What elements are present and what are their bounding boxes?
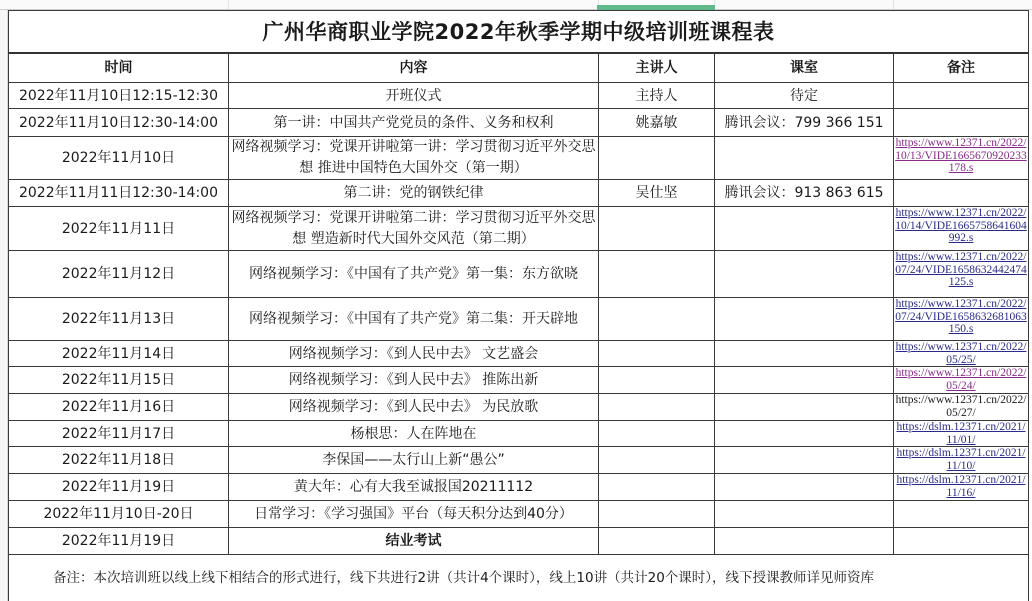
page-title: 广州华商职业学院2022年秋季学期中级培训班课程表 — [9, 11, 1029, 54]
table-row: 2022年11月11日 网络视频学习：党课开讲啦第二讲：学习贯彻习近平外交思想 … — [9, 207, 1029, 251]
content-cell[interactable]: 网络视频学习：《中国有了共产党》第二集：开天辟地 — [229, 298, 599, 341]
column-header-content[interactable]: 内容 — [229, 53, 599, 83]
room-cell[interactable] — [715, 501, 894, 528]
note-cell[interactable]: https://www.12371.cn/2022/10/13/VIDE1665… — [894, 137, 1029, 180]
note-cell[interactable]: https://www.12371.cn/2022/05/24/ — [894, 367, 1029, 394]
speaker-cell[interactable]: 主持人 — [599, 83, 715, 109]
content-cell[interactable]: 黄大年：心有大我至诚报国20211112 — [229, 474, 599, 501]
video-url-text: https://www.12371.cn/2022/05/27/ — [896, 394, 1027, 419]
video-link[interactable]: https://www.12371.cn/2022/05/24/ — [896, 367, 1027, 392]
room-cell[interactable] — [715, 251, 894, 298]
content-cell[interactable]: 网络视频学习：党课开讲啦第一讲：学习贯彻习近平外交思想 推进中国特色大国外交（第… — [229, 137, 599, 180]
speaker-cell[interactable] — [599, 207, 715, 251]
video-link[interactable]: https://www.12371.cn/2022/10/14/VIDE1665… — [895, 207, 1027, 244]
note-cell[interactable] — [894, 528, 1029, 555]
column-header-room[interactable]: 课室 — [715, 53, 894, 83]
speaker-cell[interactable] — [599, 298, 715, 341]
schedule-table: 广州华商职业学院2022年秋季学期中级培训班课程表 时间 内容 主讲人 课室 备… — [8, 10, 1029, 601]
note-cell[interactable] — [894, 109, 1029, 137]
time-cell[interactable]: 2022年11月16日 — [9, 394, 229, 421]
time-cell[interactable]: 2022年11月17日 — [9, 421, 229, 447]
content-cell[interactable]: 第二讲：党的钢铁纪律 — [229, 180, 599, 207]
content-cell[interactable]: 杨根思：人在阵地在 — [229, 421, 599, 447]
speaker-cell[interactable]: 姚嘉敏 — [599, 109, 715, 137]
note-cell[interactable]: https://www.12371.cn/2022/05/27/ — [894, 394, 1029, 421]
speaker-cell[interactable] — [599, 528, 715, 555]
video-link[interactable]: https://dslm.12371.cn/2021/11/01/ — [896, 421, 1025, 446]
speaker-cell[interactable]: 吴仕坚 — [599, 180, 715, 207]
content-cell[interactable]: 第一讲：中国共产党党员的条件、义务和权利 — [229, 109, 599, 137]
note-cell[interactable]: https://dslm.12371.cn/2021/11/16/ — [894, 474, 1029, 501]
content-cell[interactable]: 李保国——太行山上新“愚公” — [229, 447, 599, 474]
column-divider — [228, 0, 229, 9]
note-cell[interactable]: https://dslm.12371.cn/2021/11/01/ — [894, 421, 1029, 447]
note-cell[interactable] — [894, 83, 1029, 109]
speaker-cell[interactable] — [599, 367, 715, 394]
table-row: 2022年11月15日 网络视频学习：《到人民中去》 推陈出新 https://… — [9, 367, 1029, 394]
time-cell[interactable]: 2022年11月10日 — [9, 137, 229, 180]
room-cell[interactable]: 待定 — [715, 83, 894, 109]
table-row: 2022年11月19日 黄大年：心有大我至诚报国20211112 https:/… — [9, 474, 1029, 501]
content-cell[interactable]: 开班仪式 — [229, 83, 599, 109]
row-header-gutter — [0, 10, 8, 601]
time-cell[interactable]: 2022年11月19日 — [9, 474, 229, 501]
room-cell[interactable] — [715, 447, 894, 474]
content-cell[interactable]: 日常学习：《学习强国》平台（每天积分达到40分） — [229, 501, 599, 528]
video-link[interactable]: https://dslm.12371.cn/2021/11/16/ — [896, 474, 1025, 499]
time-cell[interactable]: 2022年11月10日-20日 — [9, 501, 229, 528]
table-row: 2022年11月18日 李保国——太行山上新“愚公” https://dslm.… — [9, 447, 1029, 474]
content-cell[interactable]: 网络视频学习：《中国有了共产党》第一集：东方欲晓 — [229, 251, 599, 298]
time-cell[interactable]: 2022年11月18日 — [9, 447, 229, 474]
table-row: 2022年11月10日 网络视频学习：党课开讲啦第一讲：学习贯彻习近平外交思想 … — [9, 137, 1029, 180]
table-row: 2022年11月12日 网络视频学习：《中国有了共产党》第一集：东方欲晓 htt… — [9, 251, 1029, 298]
room-cell[interactable]: 腾讯会议：913 863 615 — [715, 180, 894, 207]
video-link[interactable]: https://www.12371.cn/2022/05/25/ — [896, 341, 1027, 366]
content-cell[interactable]: 网络视频学习：《到人民中去》 推陈出新 — [229, 367, 599, 394]
content-cell[interactable]: 网络视频学习：党课开讲啦第二讲：学习贯彻习近平外交思想 塑造新时代大国外交风范（… — [229, 207, 599, 251]
column-header-strip — [0, 0, 1032, 10]
table-row: 2022年11月10日12:30-14:00 第一讲：中国共产党党员的条件、义务… — [9, 109, 1029, 137]
video-link[interactable]: https://www.12371.cn/2022/07/24/VIDE1658… — [895, 251, 1027, 288]
table-row: 2022年11月13日 网络视频学习：《中国有了共产党》第二集：开天辟地 htt… — [9, 298, 1029, 341]
video-link[interactable]: https://dslm.12371.cn/2021/11/10/ — [896, 447, 1025, 472]
time-cell[interactable]: 2022年11月10日12:15-12:30 — [9, 83, 229, 109]
time-cell[interactable]: 2022年11月11日12:30-14:00 — [9, 180, 229, 207]
content-cell[interactable]: 网络视频学习：《到人民中去》 为民放歌 — [229, 394, 599, 421]
table-row: 2022年11月19日 结业考试 — [9, 528, 1029, 555]
speaker-cell[interactable] — [599, 447, 715, 474]
column-divider — [893, 0, 894, 9]
room-cell[interactable] — [715, 421, 894, 447]
room-cell[interactable] — [715, 367, 894, 394]
table-row: 2022年11月17日 杨根思：人在阵地在 https://dslm.12371… — [9, 421, 1029, 447]
schedule-sheet: 广州华商职业学院2022年秋季学期中级培训班课程表 时间 内容 主讲人 课室 备… — [8, 10, 1028, 600]
room-cell[interactable] — [715, 528, 894, 555]
content-cell[interactable]: 网络视频学习：《到人民中去》 文艺盛会 — [229, 341, 599, 367]
table-header-row: 时间 内容 主讲人 课室 备注 — [9, 53, 1029, 83]
table-row: 2022年11月16日 网络视频学习：《到人民中去》 为民放歌 https://… — [9, 394, 1029, 421]
video-link[interactable]: https://www.12371.cn/2022/10/13/VIDE1665… — [895, 137, 1027, 174]
speaker-cell[interactable] — [599, 341, 715, 367]
column-header-time[interactable]: 时间 — [9, 53, 229, 83]
column-header-note[interactable]: 备注 — [894, 53, 1029, 83]
speaker-cell[interactable] — [599, 421, 715, 447]
note-cell[interactable]: https://dslm.12371.cn/2021/11/10/ — [894, 447, 1029, 474]
room-cell[interactable]: 腾讯会议：799 366 151 — [715, 109, 894, 137]
content-cell[interactable]: 结业考试 — [229, 528, 599, 555]
time-cell[interactable]: 2022年11月10日12:30-14:00 — [9, 109, 229, 137]
footer-note[interactable]: 备注：本次培训班以线上线下相结合的形式进行，线下共进行2讲（共计4个课时），线上… — [9, 555, 1029, 601]
note-cell[interactable]: https://www.12371.cn/2022/07/24/VIDE1658… — [894, 251, 1029, 298]
column-header-speaker[interactable]: 主讲人 — [599, 53, 715, 83]
speaker-cell[interactable] — [599, 394, 715, 421]
note-cell[interactable]: https://www.12371.cn/2022/05/25/ — [894, 341, 1029, 367]
note-cell[interactable] — [894, 501, 1029, 528]
time-cell[interactable]: 2022年11月12日 — [9, 251, 229, 298]
speaker-cell[interactable] — [599, 501, 715, 528]
room-cell[interactable] — [715, 394, 894, 421]
table-row: 2022年11月10日-20日 日常学习：《学习强国》平台（每天积分达到40分） — [9, 501, 1029, 528]
time-cell[interactable]: 2022年11月14日 — [9, 341, 229, 367]
note-cell[interactable]: https://www.12371.cn/2022/07/24/VIDE1658… — [894, 298, 1029, 341]
table-row: 2022年11月14日 网络视频学习：《到人民中去》 文艺盛会 https://… — [9, 341, 1029, 367]
note-cell[interactable] — [894, 180, 1029, 207]
speaker-cell[interactable] — [599, 137, 715, 180]
room-cell[interactable] — [715, 137, 894, 180]
video-link[interactable]: https://www.12371.cn/2022/07/24/VIDE1658… — [895, 298, 1027, 335]
room-cell[interactable] — [715, 207, 894, 251]
room-cell[interactable] — [715, 474, 894, 501]
time-cell[interactable]: 2022年11月19日 — [9, 528, 229, 555]
time-cell[interactable]: 2022年11月11日 — [9, 207, 229, 251]
table-row: 2022年11月11日12:30-14:00 第二讲：党的钢铁纪律 吴仕坚 腾讯… — [9, 180, 1029, 207]
room-cell[interactable] — [715, 341, 894, 367]
time-cell[interactable]: 2022年11月15日 — [9, 367, 229, 394]
speaker-cell[interactable] — [599, 251, 715, 298]
room-cell[interactable] — [715, 298, 894, 341]
table-row: 2022年11月10日12:15-12:30 开班仪式 主持人 待定 — [9, 83, 1029, 109]
time-cell[interactable]: 2022年11月13日 — [9, 298, 229, 341]
speaker-cell[interactable] — [599, 474, 715, 501]
note-cell[interactable]: https://www.12371.cn/2022/10/14/VIDE1665… — [894, 207, 1029, 251]
